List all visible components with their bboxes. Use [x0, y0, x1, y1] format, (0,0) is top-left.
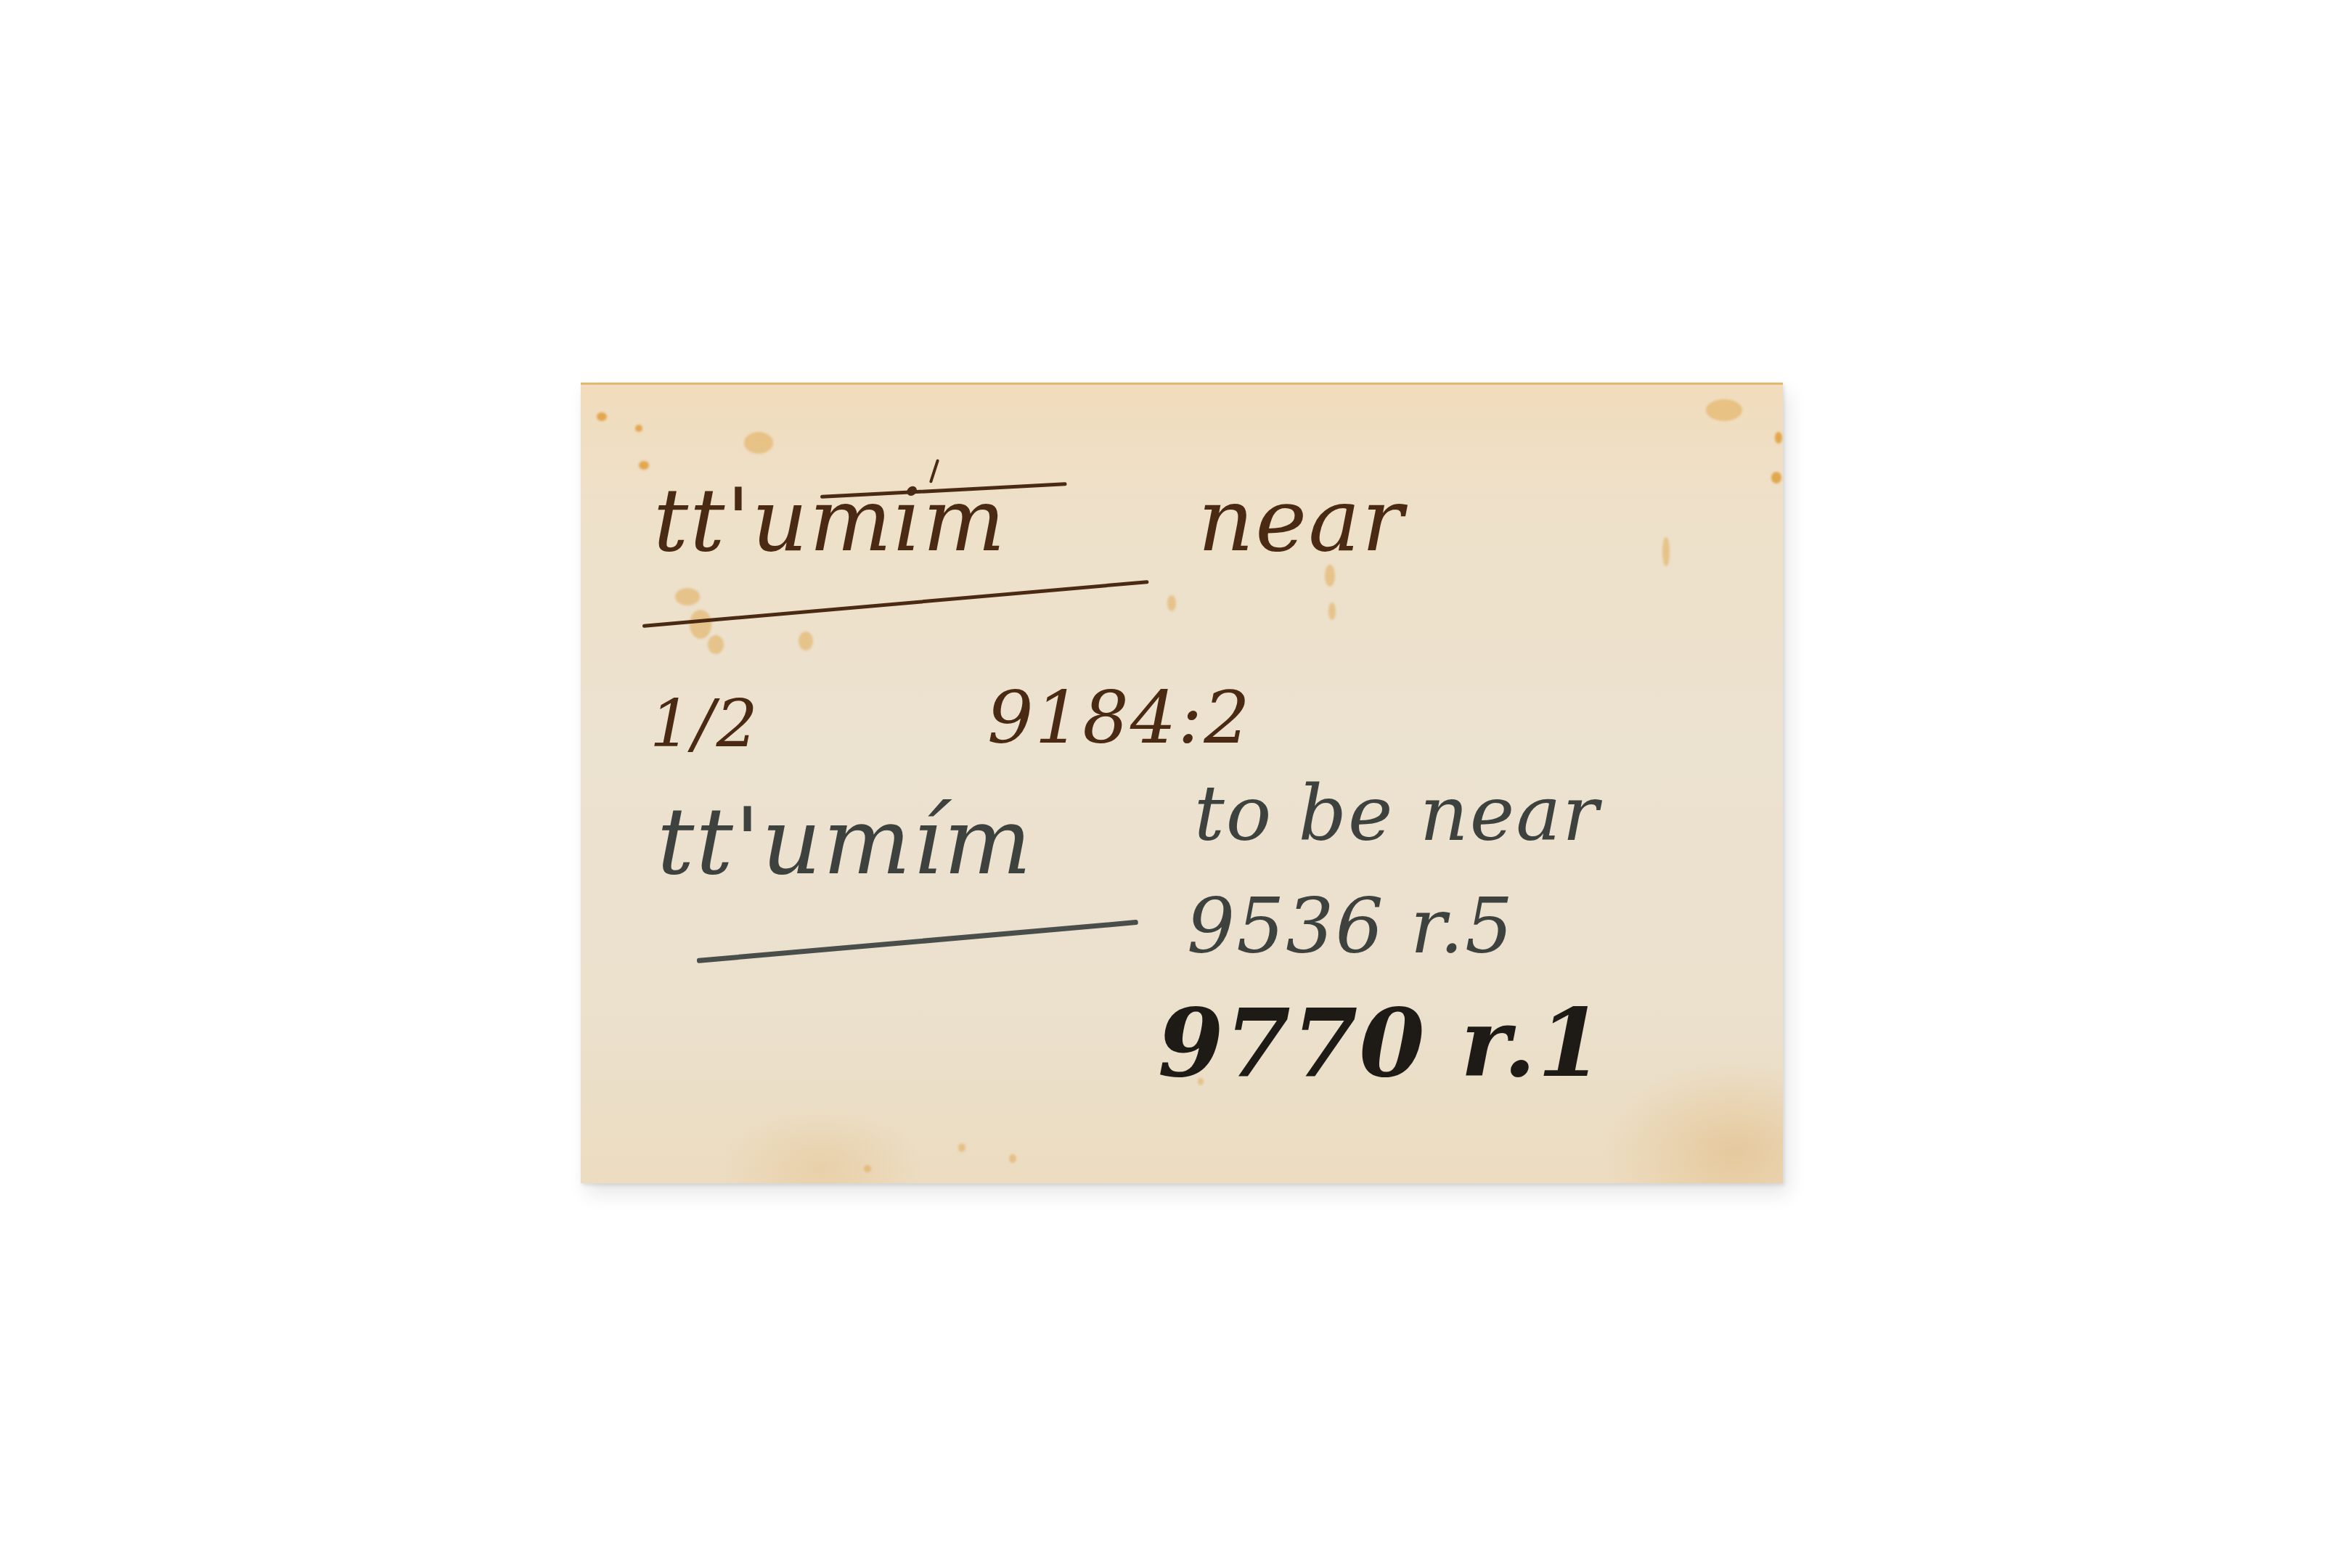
stain-mark	[690, 610, 711, 639]
reference-2: 9536 r.5	[1187, 882, 1514, 971]
stain-mark	[1167, 595, 1176, 611]
reference-1: 9184:2	[987, 675, 1251, 760]
stain-mark	[597, 412, 607, 421]
stain-mark	[1775, 432, 1782, 444]
stain-mark	[635, 425, 642, 432]
stain-mark	[1662, 537, 1670, 566]
stain-mark	[675, 588, 700, 605]
reference-3: 9770 r.1	[1158, 987, 1604, 1098]
annotation-2: to be near	[1194, 769, 1600, 858]
stain-mark	[1009, 1154, 1016, 1163]
headword-2: tt'umím	[657, 788, 1033, 896]
stain-mark	[958, 1143, 965, 1152]
fraction-mark: 1/2	[650, 686, 759, 762]
stain-mark	[639, 461, 649, 470]
headword-1: tt'umim	[653, 470, 1007, 571]
stain-mark	[864, 1165, 871, 1172]
stain-mark	[708, 635, 724, 654]
underline-1	[642, 580, 1149, 628]
stain-mark	[744, 432, 773, 454]
annotation-1: near	[1198, 470, 1405, 571]
underline-2	[697, 920, 1138, 963]
stain-mark	[1771, 472, 1781, 483]
index-card: tt'umim near 1/2 9184:2 tt'umím to be ne…	[581, 383, 1783, 1183]
stain-mark	[1328, 603, 1336, 620]
stain-mark	[799, 632, 813, 650]
stain-mark	[1706, 399, 1742, 421]
